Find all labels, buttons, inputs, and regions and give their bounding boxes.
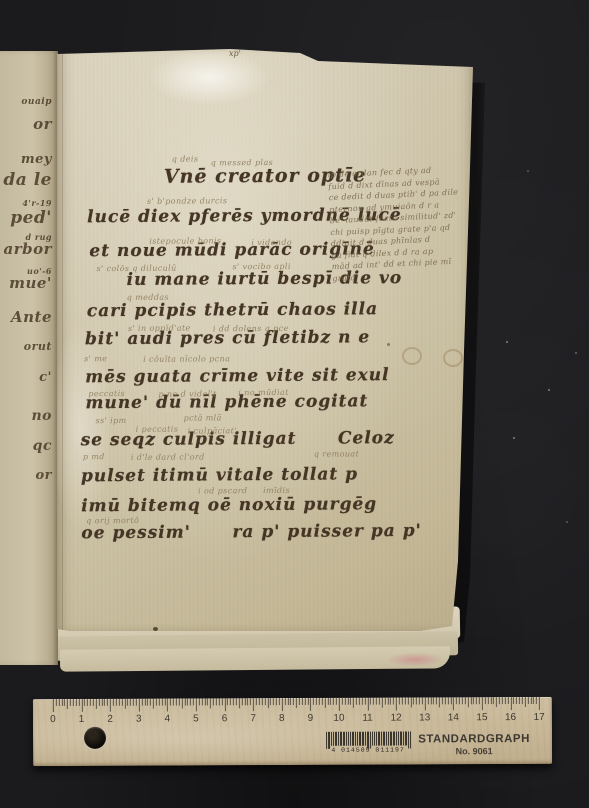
ruler-tick [359,698,360,705]
ruler-tick [325,698,326,708]
dust-speck [548,389,550,391]
ruler-tick [104,699,105,706]
ruler-tick [182,698,183,708]
ruler-tick [516,697,517,704]
ruler-tick [465,697,466,704]
ruler-tick [459,697,460,704]
pink-stain [386,652,444,667]
ruler-tick [142,699,143,706]
barcode-bar [352,732,354,746]
page-edge-stack [60,646,450,671]
ruler-tick [333,698,334,705]
ruler-tick [270,698,271,705]
ruler-tick [242,698,243,705]
ruler-tick [485,697,486,704]
ruler-tick [70,699,71,706]
ruler-tick [219,698,220,705]
dust-speck [566,521,568,523]
barcode-bar [378,732,380,746]
ruler-tick [367,698,368,711]
ruler-tick [296,698,297,708]
ruler-tick [56,699,57,706]
ruler-tick [347,698,348,705]
ruler-tick [439,697,440,707]
ruler-tick [468,697,469,707]
ruler-number: 10 [330,713,348,724]
ruler-tick [176,699,177,706]
ruler-number: 14 [444,712,462,723]
ruler-tick [305,698,306,705]
ruler-tick [73,699,74,706]
ruler-tick [382,698,383,708]
ruler-tick [376,698,377,705]
ruler-tick [456,697,457,704]
facing-fragment: da le [0,170,57,190]
dust-speck [575,352,577,354]
ruler-tick [479,697,480,704]
ruler-tick [502,697,503,704]
ruler-number: 1 [73,714,91,725]
ruler-tick [159,699,160,706]
ruler-tick [107,699,108,706]
ruler-tick [413,697,414,704]
ruler-tick [59,699,60,706]
ruler-tick [276,698,277,705]
interlinear-gloss: i d'le dard cl'ord [131,453,205,462]
interlinear-gloss: i no mūdiat [238,389,288,397]
ruler-tick [422,697,423,704]
ruler-tick [204,698,205,705]
ruler-tick [533,697,534,704]
interlinear-gloss: pctā mlā [184,414,222,422]
ruler-tick [99,699,100,706]
ruler-tick [79,699,80,706]
margin-notes: ip de ordan fec d qty adfuid d dixt dīna… [328,163,479,284]
interlinear-gloss: i culpāciat' [188,427,237,435]
barcode-bar [343,732,345,746]
ruler-tick [96,699,97,709]
ruler-tick [342,698,343,705]
ruler-number: 4 [158,714,176,725]
barcode-bar [386,732,387,746]
ruler-tick [505,697,506,704]
ruler-brand: STANDARDGRAPH [399,733,549,746]
ruler-tick [127,699,128,706]
ruler-tick [319,698,320,705]
ruler-tick [462,697,463,704]
ruler-number: 12 [387,713,405,724]
ruler-tick [239,698,240,708]
ruler-tick [119,699,120,706]
barcode-bar [374,732,375,746]
ruler-tick [247,698,248,705]
ruler-tick [510,697,511,710]
barcode-bar [359,732,361,746]
interlinear-gloss: imīdis [263,487,290,495]
ruler-tick [130,699,131,706]
ruler-tick [430,697,431,704]
facing-fragment: ouaip [0,97,57,107]
manuscript-line: imū bitemq oē noxiū purgēg [81,496,377,515]
ruler-tick [144,699,145,706]
ruler-tick [385,698,386,705]
facing-fragment: mue' [0,274,57,292]
barcode-bar [393,732,395,746]
ruler-tick [322,698,323,705]
ruler-tick [110,699,111,712]
ruler-tick [299,698,300,705]
ruler-tick [287,698,288,705]
interlinear-gloss: i od pscard [198,487,247,495]
ruler-tick [179,698,180,705]
ruler-number: 7 [244,713,262,724]
ruler-number: 17 [530,712,548,723]
ruler-tick [470,697,471,704]
ruler-number: 16 [502,712,520,723]
ruler-number: 2 [101,714,119,725]
ruler-tick [199,698,200,705]
ruler-tick [476,697,477,704]
ruler-tick [250,698,251,705]
ruler-tick [525,697,526,707]
manuscript-line: cari pcipis thetrū chaos illa [87,301,378,320]
ruler-tick [539,697,540,710]
interlinear-gloss: i peccatis [136,426,179,434]
facing-fragment: c' [0,370,57,385]
manuscript-book: ouaipormeyda le4'r-19ped'd rugarboruo'-6… [0,45,482,677]
ruler-tick [522,697,523,704]
ruler-tick [230,698,231,705]
ruler-tick [513,697,514,704]
ruler-tick [202,698,203,705]
ruler-tick [84,699,85,706]
ruler-tick [373,698,374,705]
ruler-tick [307,698,308,705]
ruler-tick [313,698,314,705]
ruler-tick [519,697,520,704]
manuscript-line: pulset itimū vitale tollat p [81,466,358,485]
ruler-number: 11 [359,713,377,724]
barcode-bar [365,732,366,746]
ruler-tick [253,698,254,711]
ruler-tick [442,697,443,704]
ruler-tick [399,698,400,705]
ruler-tick [116,699,117,706]
ruler-tick [190,698,191,705]
ruler-tick [133,699,134,706]
ruler-tick [222,698,223,705]
interlinear-gloss: q orij mortō [86,517,139,525]
ruler-tick [173,699,174,706]
ruler-tick [410,697,411,707]
ruler-tick [213,698,214,705]
ruler-tick [405,698,406,705]
dust-speck [527,170,529,172]
ruler-tick [256,698,257,705]
ruler-tick [196,698,197,711]
ruler-tick [370,698,371,705]
interlinear-gloss: ss' ipm [96,417,127,425]
interlinear-gloss: s' b'pondze durcis [147,197,227,206]
interlinear-gloss: i videndo [251,239,292,247]
barcode-bar [338,732,339,746]
ruler-tick [536,697,537,704]
ruler-tick [350,698,351,705]
ruler-model: No. 9061 [399,746,549,757]
ruler-tick [93,699,94,706]
interlinear-gloss: istepocule bonis [149,237,221,246]
ruler-tick [310,698,311,711]
ruler-tick [365,698,366,705]
manuscript-line: mēs guata crīme vite sit exul [85,367,389,386]
barcode-bar [331,732,332,746]
ruler-tick [448,697,449,704]
ruler-tick [210,698,211,708]
ruler-tick [64,699,65,706]
ruler-tick [262,698,263,705]
ruler-number: 5 [187,713,205,724]
facing-fragment: arbor [0,240,57,258]
ruler-tick [87,699,88,706]
barcode-bar [348,732,349,746]
ruler-tick [387,698,388,705]
facing-fragment: 4'r-19 [0,198,57,208]
ruler-tick [156,699,157,706]
ruler-tick [164,699,165,706]
ruler-tick [493,697,494,704]
ruler-tick [528,697,529,704]
ruler-tick [162,699,163,706]
barcode-bar [376,732,377,746]
ruler-tick [187,698,188,705]
ruler-tick [81,699,82,712]
ruler-tick [53,699,54,712]
interlinear-gloss: i cōuīta nīcolo pcna [143,355,230,364]
ruler-tick [379,698,380,705]
interlinear-gloss: peccatis [88,390,125,398]
barcode-bar [357,732,358,746]
facing-fragment: mey [0,152,57,167]
ruler-tick [113,699,114,706]
ruler-tick [273,698,274,705]
interlinear-gloss: s' in oppīd'ate [128,325,191,333]
facing-fragment: Ante [0,308,57,326]
ruler-tick [362,698,363,705]
facing-page-edge: ouaipormeyda le4'r-19ped'd rugarboruo'-6… [0,51,58,665]
ruler-tick [233,698,234,705]
manuscript-page: xp' Vnē creator optīelucē diex pferēs ym… [57,47,473,631]
ruler-tick [136,699,137,706]
ruler-tick [236,698,237,705]
ruler-tick [193,698,194,705]
ruler-tick [90,699,91,706]
ruler-number: 0 [44,714,62,725]
ruler-tick [496,697,497,707]
manuscript-line: se seqz culpis illigat Celoz [81,430,395,449]
photo-stage: ouaipormeyda le4'r-19ped'd rugarboruo'-6… [0,0,589,808]
barcode-bar [355,732,356,746]
interlinear-gloss: s' vocibo apli [232,263,290,271]
ruler-tick [473,697,474,704]
ruler-tick [402,698,403,705]
ruler-tick [425,697,426,710]
ruler-tick [139,699,140,712]
barcode-bar [362,732,364,746]
ruler-tick [445,697,446,704]
text-block: Vnē creator optīelucē diex pferēs ymordn… [55,46,475,633]
ruler-tick [279,698,280,705]
facing-fragment: no [0,408,57,424]
ruler-tick [393,698,394,705]
ruler-number: 6 [216,713,234,724]
ruler-tick [101,699,102,706]
interlinear-gloss: p md [83,453,105,461]
ruler-number: 15 [473,712,491,723]
ruler-tick [450,697,451,704]
ruler-tick [264,698,265,705]
ruler-tick [356,698,357,705]
barcode-bar [340,732,342,746]
ruler-tick [316,698,317,705]
ruler-number: 13 [416,712,434,723]
ruler-tick [150,699,151,706]
ruler-number: 8 [273,713,291,724]
ruler-hole [84,727,106,749]
ruler-tick [433,697,434,704]
ruler-tick [61,699,62,706]
ruler-scale: 01234567891011121314151617 [33,697,552,729]
facing-fragment: ped' [0,208,57,228]
barcode-bar [390,732,392,746]
barcode-bar [383,732,385,746]
ruler-tick [482,697,483,710]
ruler-tick [259,698,260,705]
ruler-tick [167,699,168,712]
ruler-tick [330,698,331,705]
facing-fragment: or [0,468,57,483]
barcode-bar [335,732,337,746]
ruler: 01234567891011121314151617 4 014509 0111… [33,697,552,766]
ruler-tick [224,698,225,711]
ruler-tick [336,698,337,705]
interlinear-gloss: s' me [84,355,107,363]
ruler-tick [396,698,397,711]
ruler-tick [216,698,217,705]
barcode-bar [372,732,373,746]
barcode-bar [346,732,347,746]
ruler-tick [488,697,489,704]
ruler-tick [353,698,354,708]
ruler-tick [530,697,531,704]
manuscript-line: mune' dū nīl phēne cogitat [85,393,368,412]
ruler-tick [267,698,268,708]
barcode-bar [388,732,389,746]
ruler-tick [124,699,125,709]
ruler-tick [499,697,500,704]
ruler-number: 9 [301,713,319,724]
ruler-tick [121,699,122,706]
ruler-tick [184,698,185,705]
manuscript-line: oe pessim' ra p' puisser pa p' [81,523,422,542]
interlinear-gloss: s' colōs q diluculū [96,265,176,274]
interlinear-gloss: q deis [172,155,199,163]
interlinear-gloss: i dd dolens q pce [213,325,289,334]
ruler-tick [345,698,346,705]
ruler-tick [227,698,228,705]
interlinear-gloss: p no d videl't [158,390,216,398]
ruler-tick [282,698,283,711]
ruler-number: 3 [130,714,148,725]
ruler-tick [428,697,429,704]
ruler-tick [302,698,303,705]
interlinear-gloss: q messed plas [211,159,273,167]
ruler-tick [416,697,417,704]
ruler-tick [207,698,208,705]
ruler-tick [490,697,491,704]
dust-speck [513,437,515,439]
interlinear-gloss: q remouat [314,450,359,458]
ruler-tick [390,698,391,705]
ruler-tick [290,698,291,705]
ruler-tick [285,698,286,705]
barcode-bar [333,732,334,746]
dust-speck [506,341,508,343]
ruler-tick [327,698,328,705]
facing-fragment: qc [0,438,57,454]
facing-fragment: or [0,115,57,133]
barcode-bar [381,732,382,746]
ruler-tick [436,697,437,704]
ruler-tick [339,698,340,711]
ruler-tick [293,698,294,705]
ruler-tick [419,697,420,704]
ruler-tick [453,697,454,710]
barcode-bar [350,732,351,746]
ruler-tick [244,698,245,705]
ruler-tick [67,699,68,709]
ruler-tick [147,699,148,706]
ruler-tick [153,699,154,709]
facing-fragment: orut [0,340,57,353]
ruler-tick [76,699,77,706]
interlinear-gloss: q meddas [127,294,169,302]
barcode-bar [396,732,397,746]
ruler-tick [170,699,171,706]
ruler-tick [508,697,509,704]
ruler-tick [407,697,408,704]
